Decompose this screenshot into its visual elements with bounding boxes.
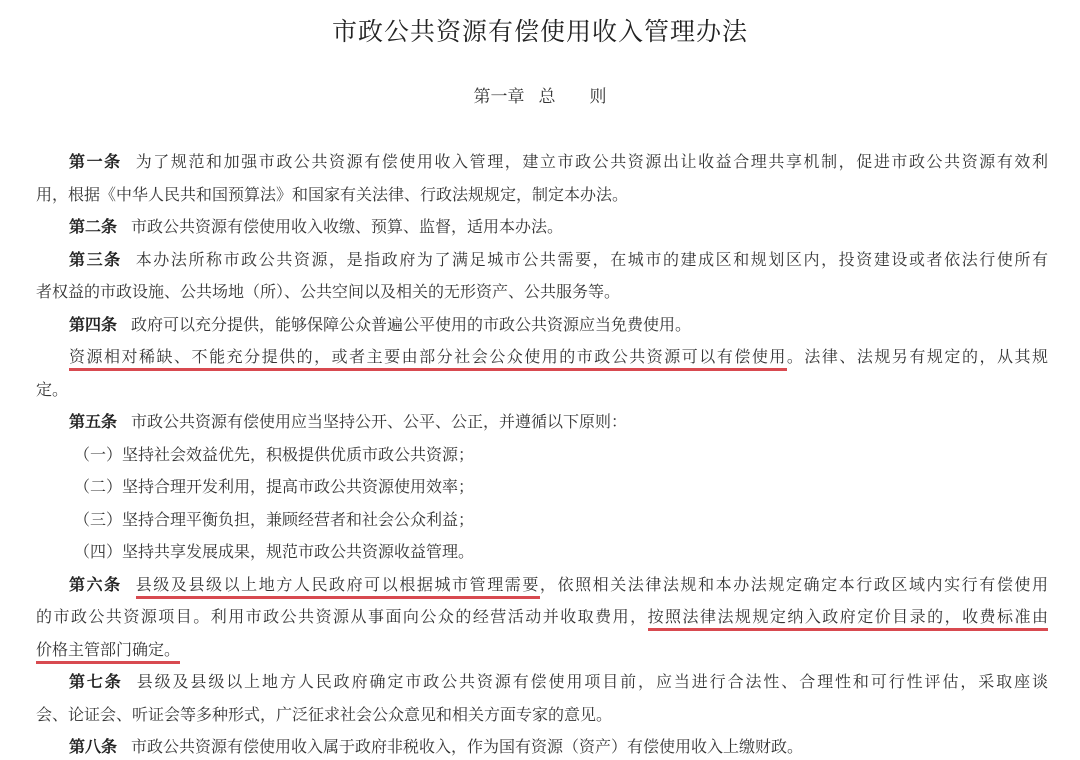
article-text: 本办法所称市政公共资源，是指政府为了满足城市公共需要，在城市的建成区和规划区内，… (136, 250, 1048, 269)
article-1-line-1: 第一条为了规范和加强市政公共资源有偿使用收入管理，建立市政公共资源出让收益合理共… (36, 146, 1048, 179)
article-text: 。法律、法规另有规定的，从其规 (787, 347, 1048, 366)
document-title: 市政公共资源有偿使用收入管理办法 (0, 12, 1080, 48)
article-2-line-1: 第二条市政公共资源有偿使用收入收缴、预算、监督，适用本办法。 (36, 211, 1048, 244)
article-4-line-2: 资源相对稀缺、不能充分提供的，或者主要由部分社会公众使用的市政公共资源可以有偿使… (36, 341, 1048, 374)
article-8-line-1: 第八条市政公共资源有偿使用收入属于政府非税收入，作为国有资源（资产）有偿使用收入… (36, 731, 1048, 760)
article-text: 市政公共资源有偿使用应当坚持公开、公平、公正，并遵循以下原则： (131, 412, 627, 431)
article-4-line-3: 定。 (36, 374, 1048, 407)
article-7-line-1: 第七条县级及县级以上地方人民政府确定市政公共资源有偿使用项目前，应当进行合法性、… (36, 666, 1048, 699)
article-text: 会、论证会、听证会等多种形式，广泛征求社会公众意见和相关方面专家的意见。 (36, 705, 612, 724)
article-5-line-1: 第五条市政公共资源有偿使用应当坚持公开、公平、公正，并遵循以下原则： (36, 406, 1048, 439)
article-5-item-3: （三）坚持合理平衡负担，兼顾经营者和社会公众利益； (36, 504, 1048, 537)
article-text: 县级及县级以上地方人民政府确定市政公共资源有偿使用项目前，应当进行合法性、合理性… (137, 672, 1048, 691)
chapter-label: 第一章 (474, 87, 525, 107)
article-label: 第二条 (69, 217, 117, 236)
article-6-line-1: 第六条县级及县级以上地方人民政府可以根据城市管理需要，依照相关法律法规和本办法规… (36, 569, 1048, 602)
article-text: ，依照相关法律法规和本办法规定确定本行政区域内实行有偿使用 (540, 575, 1048, 594)
highlighted-text: 价格主管部门确定。 (36, 640, 180, 664)
document-body: 第一条为了规范和加强市政公共资源有偿使用收入管理，建立市政公共资源出让收益合理共… (36, 146, 1048, 760)
article-4-line-1: 第四条政府可以充分提供，能够保障公众普遍公平使用的市政公共资源应当免费使用。 (36, 309, 1048, 342)
article-6-line-2: 的市政公共资源项目。利用市政公共资源从事面向公众的经营活动并收取费用，按照法律法… (36, 601, 1048, 634)
highlighted-text: 县级及县级以上地方人民政府可以根据城市管理需要 (136, 575, 540, 599)
article-1-line-2: 用，根据《中华人民共和国预算法》和国家有关法律、行政法规规定，制定本办法。 (36, 179, 1048, 212)
article-3-line-2: 者权益的市政设施、公共场地（所）、公共空间以及相关的无形资产、公共服务等。 (36, 276, 1048, 309)
article-label: 第六条 (69, 575, 122, 594)
chapter-name-part2: 则 (590, 87, 607, 107)
article-text: 市政公共资源有偿使用收入属于政府非税收入，作为国有资源（资产）有偿使用收入上缴财… (131, 737, 803, 756)
article-5-item-4: （四）坚持共享发展成果，规范市政公共资源收益管理。 (36, 536, 1048, 569)
article-text: 市政公共资源有偿使用收入收缴、预算、监督，适用本办法。 (131, 217, 563, 236)
article-text: 者权益的市政设施、公共场地（所）、公共空间以及相关的无形资产、公共服务等。 (36, 282, 620, 301)
article-label: 第五条 (69, 412, 117, 431)
article-label: 第三条 (69, 250, 122, 269)
chapter-heading: 第一章总则 (0, 82, 1080, 107)
article-text: 政府可以充分提供，能够保障公众普遍公平使用的市政公共资源应当免费使用。 (131, 315, 691, 334)
article-5-item-2: （二）坚持合理开发利用，提高市政公共资源使用效率； (36, 471, 1048, 504)
article-label: 第一条 (69, 152, 122, 171)
highlighted-text: 按照法律法规规定纳入政府定价目录的，收费标准由 (648, 607, 1048, 631)
article-5-item-1: （一）坚持社会效益优先，积极提供优质市政公共资源； (36, 439, 1048, 472)
article-label: 第七条 (69, 672, 123, 691)
article-text: 为了规范和加强市政公共资源有偿使用收入管理，建立市政公共资源出让收益合理共享机制… (136, 152, 1048, 171)
article-text: 用，根据《中华人民共和国预算法》和国家有关法律、行政法规规定，制定本办法。 (36, 185, 628, 204)
article-text: 的市政公共资源项目。利用市政公共资源从事面向公众的经营活动并收取费用， (36, 607, 648, 626)
highlighted-text: 资源相对稀缺、不能充分提供的，或者主要由部分社会公众使用的市政公共资源可以有偿使… (69, 347, 787, 371)
article-6-line-3: 价格主管部门确定。 (36, 634, 1048, 667)
article-text: 定。 (36, 380, 68, 399)
article-label: 第四条 (69, 315, 117, 334)
article-label: 第八条 (69, 737, 117, 756)
article-7-line-2: 会、论证会、听证会等多种形式，广泛征求社会公众意见和相关方面专家的意见。 (36, 699, 1048, 732)
article-3-line-1: 第三条本办法所称市政公共资源，是指政府为了满足城市公共需要，在城市的建成区和规划… (36, 244, 1048, 277)
chapter-name-part1: 总 (539, 87, 556, 107)
